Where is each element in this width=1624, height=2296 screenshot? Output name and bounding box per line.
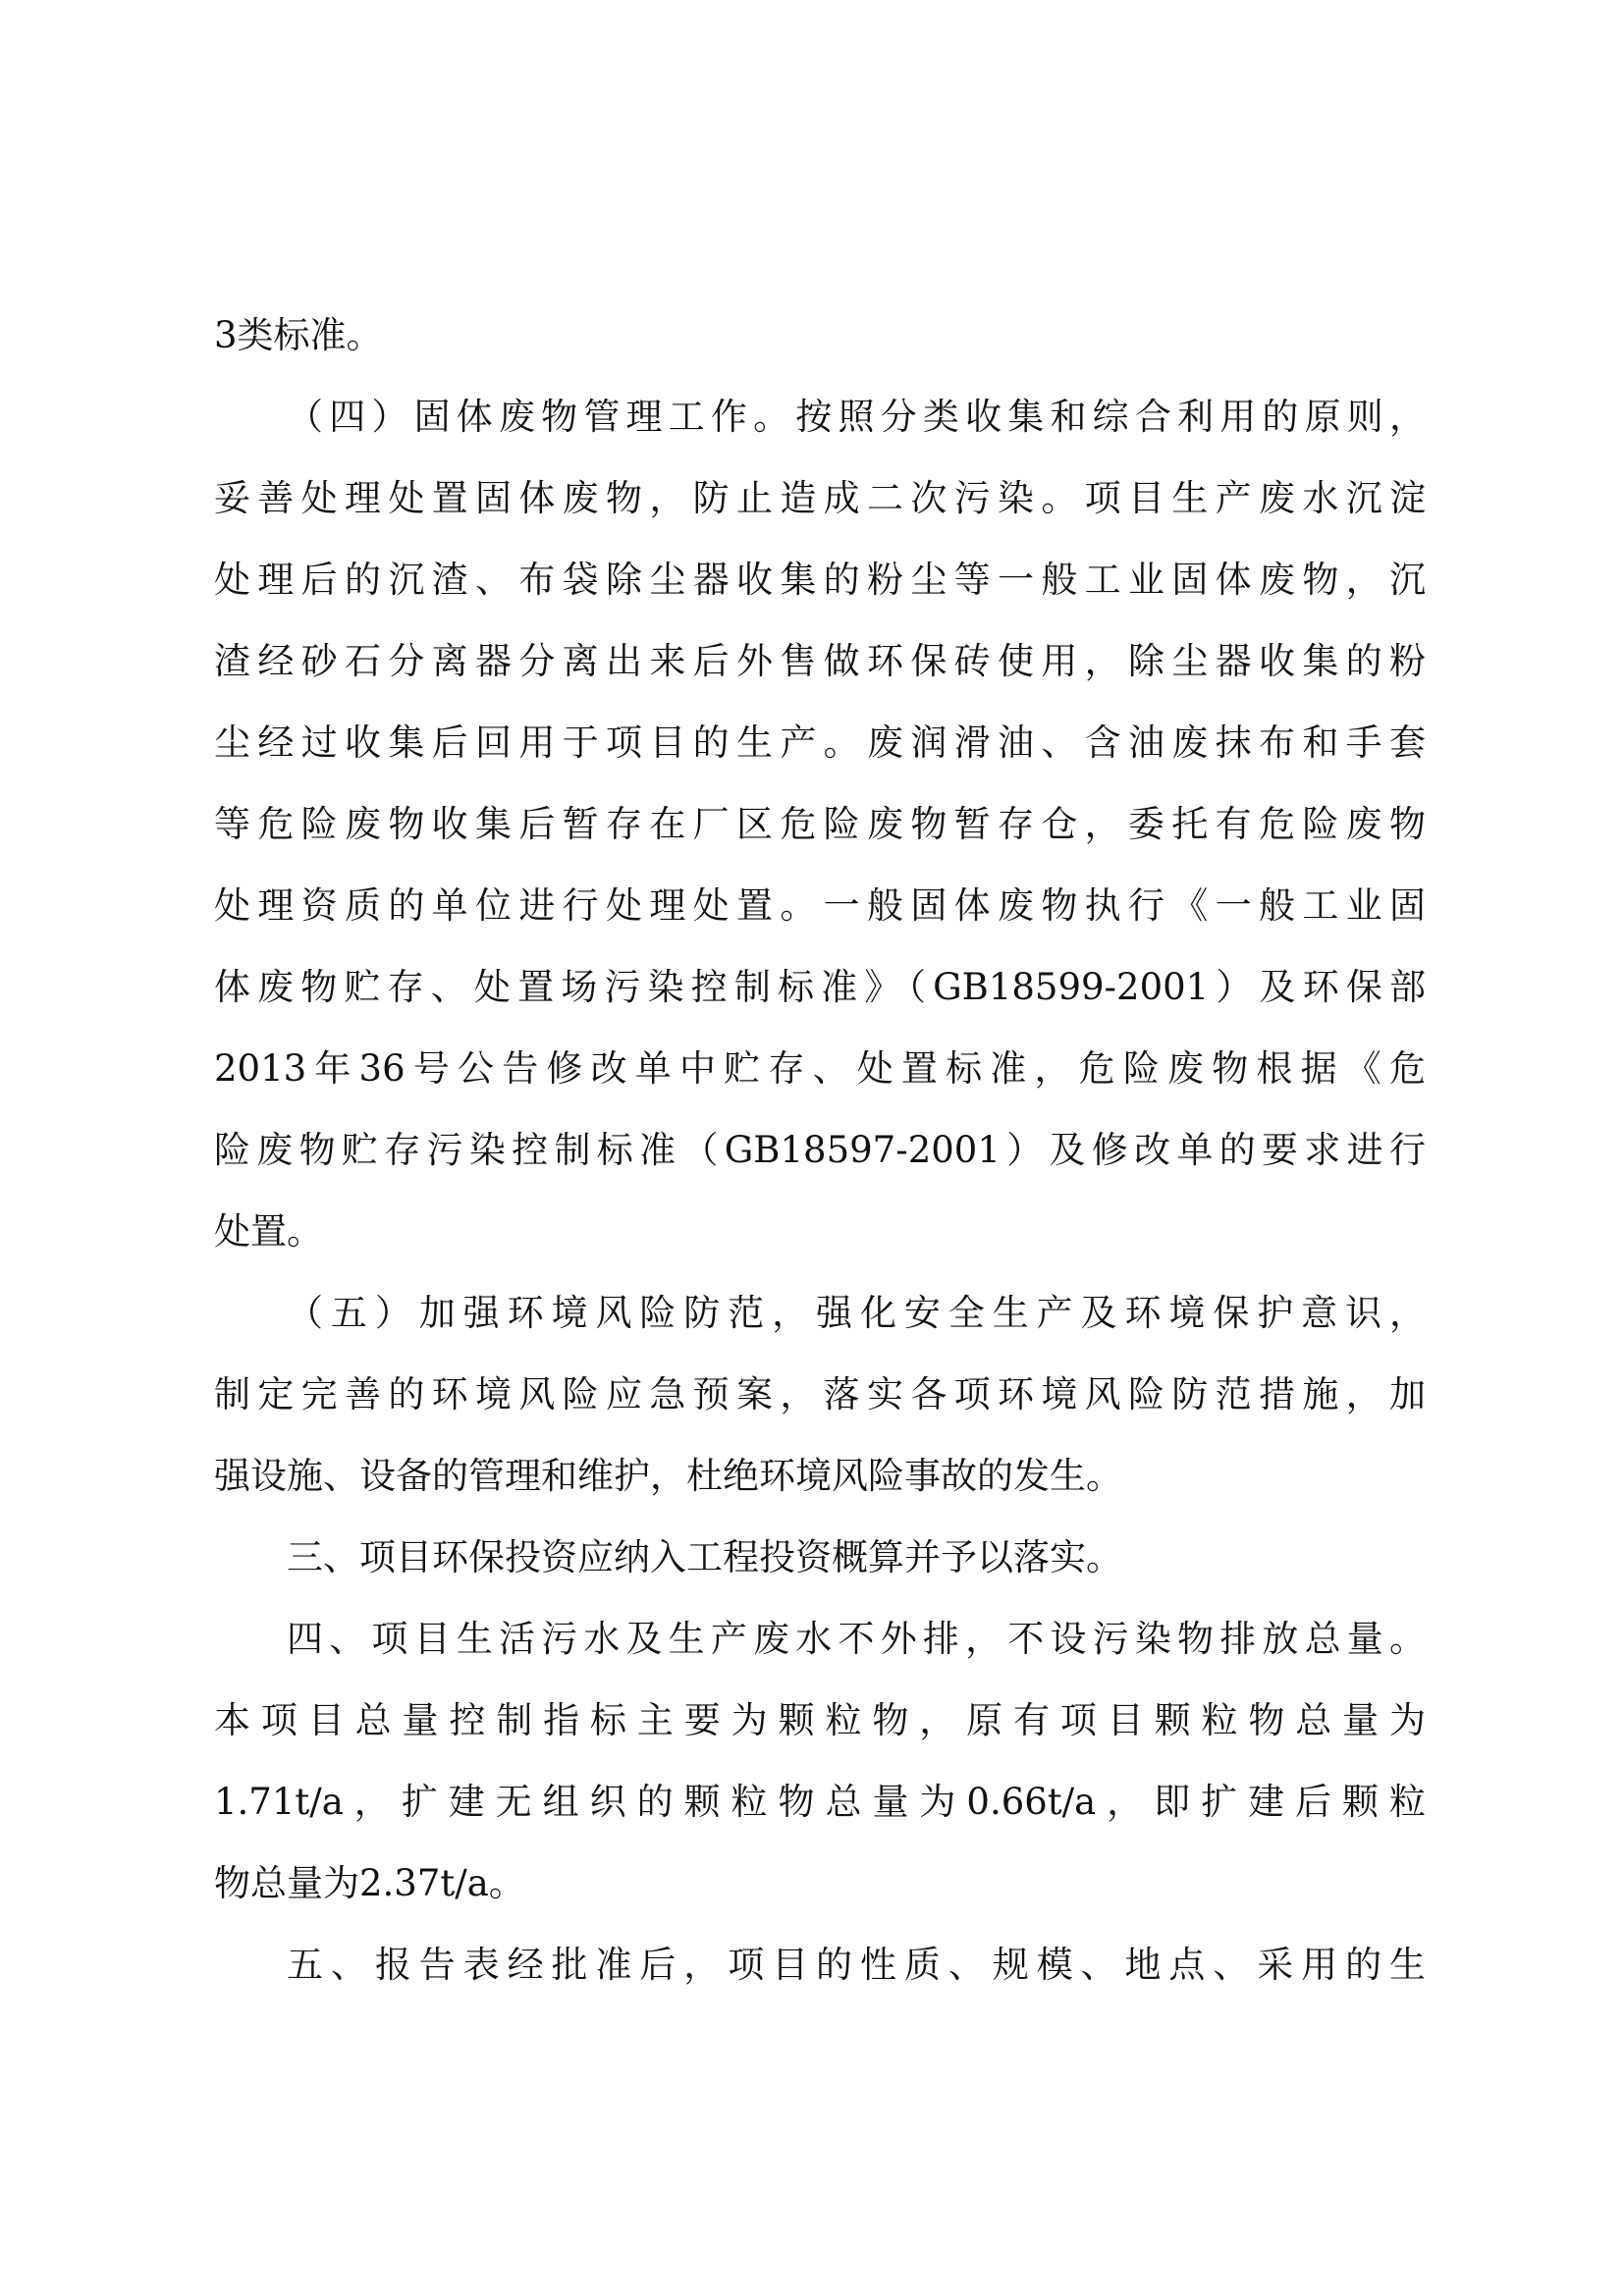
- text-line: 本项目总量控制指标主要为颗粒物，原有项目颗粒物总量为: [214, 1680, 1426, 1761]
- text-line: 险废物贮存污染控制标准（GB18597-2001）及修改单的要求进行: [214, 1109, 1426, 1191]
- section-3-line: 三、项目环保投资应纳入工程投资概算并予以落实。: [214, 1517, 1426, 1598]
- text-line: 体废物贮存、处置场污染控制标准》（GB18599-2001）及环保部: [214, 946, 1426, 1028]
- text-line: 处理后的沉渣、布袋除尘器收集的粉尘等一般工业固体废物，沉: [214, 539, 1426, 620]
- text-line: 强设施、设备的管理和维护，杜绝环境风险事故的发生。: [214, 1435, 1426, 1517]
- text-line: 物总量为2.37t/a。: [214, 1842, 1426, 1924]
- text-line: 尘经过收集后回用于项目的生产。废润滑油、含油废抹布和手套: [214, 702, 1426, 783]
- text-line: 处置。: [214, 1191, 1426, 1272]
- text-line: 3类标准。: [214, 294, 1426, 376]
- text-line: 渣经砂石分离器分离出来后外售做环保砖使用，除尘器收集的粉: [214, 620, 1426, 702]
- text-line: 1.71t/a，扩建无组织的颗粒物总量为0.66t/a，即扩建后颗粒: [214, 1761, 1426, 1842]
- section-4-line: 四、项目生活污水及生产废水不外排，不设污染物排放总量。: [214, 1598, 1426, 1680]
- document-page: 3类标准。 （四）固体废物管理工作。按照分类收集和综合利用的原则， 妥善处理处置…: [214, 294, 1426, 2005]
- text-line: 妥善处理处置固体废物，防止造成二次污染。项目生产废水沉淀: [214, 457, 1426, 539]
- section-5-line: 五、报告表经批准后，项目的性质、规模、地点、采用的生: [214, 1924, 1426, 2005]
- text-line: 2013年36号公告修改单中贮存、处置标准，危险废物根据《危: [214, 1028, 1426, 1109]
- text-line: 制定完善的环境风险应急预案，落实各项环境风险防范措施，加: [214, 1354, 1426, 1435]
- paragraph-4-heading-line: （四）固体废物管理工作。按照分类收集和综合利用的原则，: [214, 376, 1426, 457]
- paragraph-5-heading-line: （五）加强环境风险防范，强化安全生产及环境保护意识，: [214, 1272, 1426, 1354]
- text-line: 等危险废物收集后暂存在厂区危险废物暂存仓，委托有危险废物: [214, 783, 1426, 865]
- text-line: 处理资质的单位进行处理处置。一般固体废物执行《一般工业固: [214, 865, 1426, 946]
